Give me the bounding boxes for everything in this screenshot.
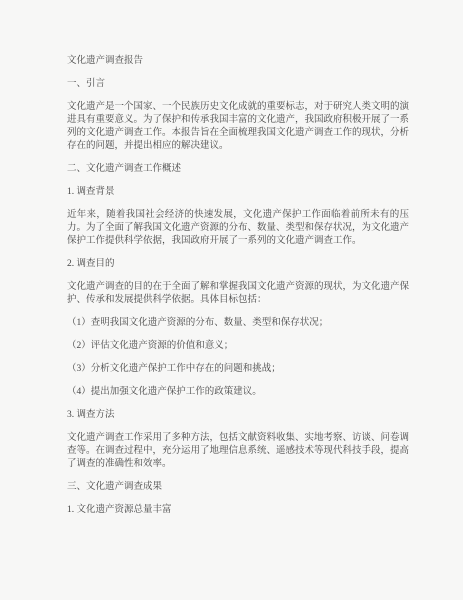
document-page: 文化遗产调查报告 一、引言 文化遗产是一个国家、一个民族历史文化成就的重要标志，… (0, 0, 463, 600)
subheading-survey-purpose: 2. 调查目的 (67, 258, 409, 271)
subheading-survey-background: 1. 调查背景 (67, 186, 409, 199)
paragraph-survey-methods: 文化遗产调查工作采用了多种方法，包括文献资料收集、实地考察、访谈、问卷调查等。在… (67, 432, 409, 471)
section-heading-introduction: 一、引言 (67, 78, 409, 91)
subheading-resource-abundance: 1. 文化遗产资源总量丰富 (67, 504, 409, 517)
paragraph-survey-purpose: 文化遗产调查的目的在于全面了解和掌握我国文化遗产资源的现状，为文化遗产保护、传承… (67, 281, 409, 307)
subheading-survey-methods: 3. 调查方法 (67, 409, 409, 422)
list-item-goal-4: （4）提出加强文化遗产保护工作的政策建议。 (67, 386, 409, 399)
section-heading-survey-results: 三、文化遗产调查成果 (67, 481, 409, 494)
document-title: 文化遗产调查报告 (67, 55, 409, 68)
paragraph-survey-background: 近年来，随着我国社会经济的快速发展，文化遗产保护工作面临着前所未有的压力。为了全… (67, 209, 409, 248)
list-item-goal-1: （1）查明我国文化遗产资源的分布、数量、类型和保存状况； (67, 317, 409, 330)
paragraph-introduction: 文化遗产是一个国家、一个民族历史文化成就的重要标志，对于研究人类文明的演进具有重… (67, 101, 409, 153)
list-item-goal-3: （3）分析文化遗产保护工作中存在的问题和挑战； (67, 363, 409, 376)
section-heading-survey-overview: 二、文化遗产调查工作概述 (67, 163, 409, 176)
list-item-goal-2: （2）评估文化遗产资源的价值和意义； (67, 340, 409, 353)
